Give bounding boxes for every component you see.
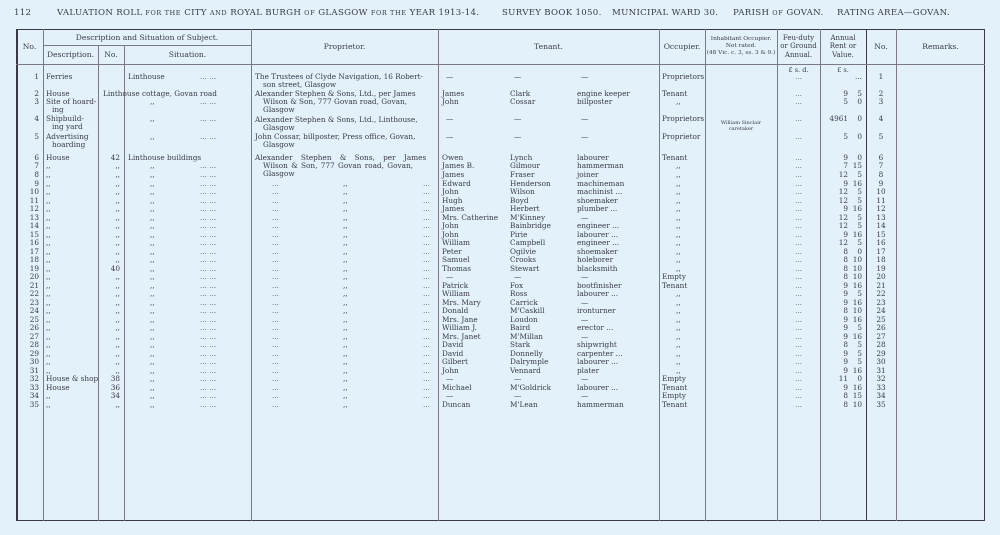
street-number: ,, <box>98 239 120 247</box>
header-bottom-rule <box>16 64 985 65</box>
description: Advertisinghoarding <box>46 133 89 149</box>
entry-number-right: 26 <box>866 324 896 332</box>
tenant-surname: Campbell <box>510 239 545 247</box>
feuduty-value: ... <box>777 324 820 332</box>
proprietor-ditto-dots: ... <box>272 307 279 315</box>
col-header-remarks: Remarks. <box>896 29 985 64</box>
street-number: ,, <box>98 256 120 264</box>
tenant-first-name: David <box>442 341 463 349</box>
occupier-status: ,, <box>676 290 681 298</box>
entry-number-right: 35 <box>866 401 896 409</box>
proprietor-ditto-mark: ,, <box>343 324 348 332</box>
street-number: ,, <box>98 171 120 179</box>
description: House & shop <box>46 375 98 383</box>
proprietor-ditto-dots: ... <box>272 188 279 196</box>
occupier-status: Proprietors <box>662 73 704 81</box>
rent-pounds: 9 <box>820 290 848 298</box>
proprietor-ditto-mark: ,, <box>343 273 348 281</box>
situation: ,, <box>150 222 155 230</box>
situation: ,, <box>150 324 155 332</box>
tenant-occupation: hammerman <box>577 401 624 409</box>
occupier-status: Tenant <box>662 401 687 409</box>
tenant-surname: Dalrymple <box>510 358 548 366</box>
occupier-status: ,, <box>676 256 681 264</box>
rent-shillings: ... <box>848 73 862 81</box>
entry-number-right: 1 <box>866 73 896 81</box>
description: ,, <box>46 358 51 366</box>
situation: ,, <box>150 375 155 383</box>
situation-leader-dots: ... ... <box>200 392 216 400</box>
col-header-feuduty: Feu-duty or Ground Annual. <box>777 29 820 64</box>
header-line: Annual <box>831 34 856 43</box>
column-rule <box>705 29 706 521</box>
proprietor-ditto-mark: ,, <box>343 188 348 196</box>
proprietor-ditto-dots: ... <box>272 256 279 264</box>
situation: ,, <box>150 205 155 213</box>
rent-pounds: 9 <box>820 205 848 213</box>
situation-leader-dots: ... ... <box>200 256 216 264</box>
entry-number-right: 4 <box>866 115 896 123</box>
situation-leader-dots: ... ... <box>200 401 216 409</box>
rent-shillings: 10 <box>848 401 862 409</box>
rent-pounds: 11 <box>820 375 848 383</box>
proprietor-ditto-mark: ,, <box>343 205 348 213</box>
entry-number: 5 <box>16 133 39 141</box>
proprietor-block-1: The Trustees of Clyde Navigation, 16 Rob… <box>255 73 423 89</box>
street-number: ,, <box>98 324 120 332</box>
parish-text: GOVAN. <box>786 8 823 18</box>
occupier-status: Tenant <box>662 154 687 162</box>
tenant-occupation: — <box>581 133 588 141</box>
tenant-occupation: ironturner <box>577 307 616 315</box>
rent-pounds: 8 <box>820 392 848 400</box>
situation-leader-dots: ... ... <box>200 324 216 332</box>
situation: ,, <box>150 171 155 179</box>
occupier-status: ,, <box>676 188 681 196</box>
feuduty-value: ... <box>777 162 820 170</box>
rent-pounds: 4961 <box>820 115 848 123</box>
occupier-status: ,, <box>676 307 681 315</box>
proprietor-line: Glasgow <box>255 124 418 132</box>
rent-pounds: 8 <box>820 401 848 409</box>
proprietor-ditto-dots: ... <box>423 188 430 196</box>
entry-number-right: 20 <box>866 273 896 281</box>
feuduty-value: ... <box>777 222 820 230</box>
proprietor-ditto-dots: ... <box>423 239 430 247</box>
tenant-first-name: Gilbert <box>442 358 468 366</box>
occupier-status: ,, <box>676 358 681 366</box>
entry-number: 35 <box>16 401 39 409</box>
rent-pounds: 12 <box>820 239 848 247</box>
rent-shillings: 5 <box>848 358 862 366</box>
rent-shillings: 5 <box>848 188 862 196</box>
proprietor-ditto-dots: ... <box>423 273 430 281</box>
street-number: ,, <box>98 222 120 230</box>
column-rule <box>438 29 439 521</box>
description: ,, <box>46 171 51 179</box>
title-text: OF <box>304 9 315 17</box>
tenant-occupation: erector ... <box>577 324 613 332</box>
entry-number: 16 <box>16 239 39 247</box>
tenant-first-name: William <box>442 290 470 298</box>
rent-pounds: 12 <box>820 222 848 230</box>
col-header-no: No. <box>16 29 43 64</box>
situation-leader-dots: ... ... <box>200 133 216 141</box>
rent-pounds: 12 <box>820 188 848 196</box>
entry-number-right: 30 <box>866 358 896 366</box>
proprietor-ditto-mark: ,, <box>343 401 348 409</box>
entry-number-right: 14 <box>866 222 896 230</box>
situation-leader-dots: ... ... <box>200 307 216 315</box>
header-line: or Ground <box>780 42 816 51</box>
proprietor-ditto-mark: ,, <box>343 375 348 383</box>
description: Ferries <box>46 73 72 81</box>
entry-number: 10 <box>16 188 39 196</box>
tenant-surname: — <box>514 392 521 400</box>
proprietor-ditto-mark: ,, <box>343 341 348 349</box>
tenant-surname: Herbert <box>510 205 540 213</box>
description: ,, <box>46 162 51 170</box>
feuduty-value: ... <box>777 73 820 81</box>
tenant-occupation: — <box>581 375 588 383</box>
parish-text: PARISH <box>733 8 769 18</box>
occupier-status: Proprietor <box>662 133 700 141</box>
tenant-first-name: Donald <box>442 307 468 315</box>
tenant-occupation: engineer ... <box>577 239 619 247</box>
occupier-status: ,, <box>676 222 681 230</box>
situation: ,, <box>150 307 155 315</box>
header-line: Inhabitant Occupier. <box>711 36 771 43</box>
title-text: GLASGOW <box>318 8 368 18</box>
tenant-first-name: — <box>446 273 453 281</box>
tenant-surname: — <box>514 273 521 281</box>
street-number: 34 <box>98 392 120 400</box>
tenant-surname: — <box>514 375 521 383</box>
proprietor-block-2: Alexander Stephen & Sons, Ltd., per Jame… <box>255 90 416 114</box>
entry-number: 34 <box>16 392 39 400</box>
municipal-ward: MUNICIPAL WARD 30. <box>612 8 718 18</box>
entry-number: 26 <box>16 324 39 332</box>
feuduty-value: ... <box>777 401 820 409</box>
tenant-occupation: joiner <box>577 171 599 179</box>
situation-leader-dots: ... ... <box>200 239 216 247</box>
col-header-proprietor: Proprietor. <box>251 29 438 64</box>
col-header-tenant: Tenant. <box>438 29 659 64</box>
occupier-status: Tenant <box>662 282 687 290</box>
entry-number: 30 <box>16 358 39 366</box>
street-number: ,, <box>98 401 120 409</box>
feuduty-value: ... <box>777 307 820 315</box>
rent-shillings: 5 <box>848 239 862 247</box>
description: ,, <box>46 239 51 247</box>
col-header-occupier: Occupier. <box>659 29 705 64</box>
rent-shillings: 15 <box>848 162 862 170</box>
situation: Linthouse <box>128 73 165 81</box>
feuduty-value: ... <box>777 341 820 349</box>
proprietor-ditto-dots: ... <box>423 222 430 230</box>
column-rule <box>659 29 660 521</box>
situation-leader-dots: ... ... <box>200 171 216 179</box>
rent-pounds: 9 <box>820 324 848 332</box>
header-line: Rent or <box>830 42 857 51</box>
street-number: ,, <box>98 341 120 349</box>
proprietor-line: Glasgow <box>255 106 416 114</box>
entry-number: 18 <box>16 256 39 264</box>
situation: ,, <box>150 98 155 106</box>
tenant-surname: Wilson <box>510 188 535 196</box>
situation: ,, <box>150 290 155 298</box>
situation-leader-dots: ... ... <box>200 222 216 230</box>
street-number: ,, <box>98 205 120 213</box>
occupier-status: Tenant <box>662 90 687 98</box>
rent-pounds: 5 <box>820 98 848 106</box>
tenant-occupation: holeborer <box>577 256 613 264</box>
street-number: 38 <box>98 375 120 383</box>
tenant-occupation: labourer ... <box>577 358 618 366</box>
header-line: Not rated. <box>726 43 756 50</box>
header-line: (48 Vic. c. 3, ss. 3 & 9.) <box>707 50 776 57</box>
situation-leader-dots: ... ... <box>200 98 216 106</box>
rent-pounds: 8 <box>820 256 848 264</box>
situation: ,, <box>150 358 155 366</box>
rent-shillings: 10 <box>848 307 862 315</box>
proprietor-ditto-dots: ... <box>272 290 279 298</box>
header-line: Value. <box>832 51 854 60</box>
feuduty-value: ... <box>777 98 820 106</box>
rent-shillings: 5 <box>848 290 862 298</box>
col-header-street-no: No. <box>98 45 124 64</box>
column-rule <box>251 29 252 521</box>
rent-shillings: 10 <box>848 273 862 281</box>
situation-leader-dots: ... ... <box>200 290 216 298</box>
rent-pounds: 7 <box>820 162 848 170</box>
situation-leader-dots: ... ... <box>200 375 216 383</box>
description: ,, <box>46 290 51 298</box>
entry-number: 1 <box>16 73 39 81</box>
tenant-surname: — <box>514 115 521 123</box>
tenant-first-name: Duncan <box>442 401 470 409</box>
col-header-description: Description. <box>43 45 98 64</box>
entry-number-right: 22 <box>866 290 896 298</box>
rent-pounds: 9 <box>820 358 848 366</box>
rent-shillings: 5 <box>848 324 862 332</box>
occupier-status: ,, <box>676 98 681 106</box>
street-number: ,, <box>98 290 120 298</box>
entry-number-right: 34 <box>866 392 896 400</box>
proprietor-ditto-dots: ... <box>423 358 430 366</box>
rent-shillings: 10 <box>848 256 862 264</box>
tenant-first-name: — <box>446 115 453 123</box>
description: ,, <box>46 188 51 196</box>
tenant-surname: Baird <box>510 324 530 332</box>
proprietor-ditto-mark: ,, <box>343 256 348 264</box>
situation: ,, <box>150 162 155 170</box>
occupier-status: ,, <box>676 324 681 332</box>
tenant-occupation: labourer ... <box>577 290 618 298</box>
rent-shillings: 0 <box>848 375 862 383</box>
situation: ,, <box>150 188 155 196</box>
description: Site of hoard-ing <box>46 98 96 114</box>
proprietor-ditto-dots: ... <box>272 375 279 383</box>
situation: ,, <box>150 239 155 247</box>
street-number: ,, <box>98 358 120 366</box>
header-line: Annual. <box>785 51 812 60</box>
parish: PARISH OF GOVAN. <box>733 8 823 18</box>
proprietor-ditto-dots: ... <box>272 401 279 409</box>
proprietor-ditto-dots: ... <box>272 273 279 281</box>
situation-leader-dots: ... ... <box>200 358 216 366</box>
entry-number-right: 32 <box>866 375 896 383</box>
rent-pounds: 5 <box>820 133 848 141</box>
proprietor-block-3: Alexander Stephen & Sons, Ltd., Linthous… <box>255 116 418 132</box>
description: ,, <box>46 307 51 315</box>
proprietor-ditto-dots: ... <box>272 239 279 247</box>
entry-number-right: 28 <box>866 341 896 349</box>
proprietor-ditto-mark: ,, <box>343 307 348 315</box>
tenant-occupation: hammerman <box>577 162 624 170</box>
tenant-first-name: — <box>446 392 453 400</box>
proprietor-ditto-dots: ... <box>423 324 430 332</box>
feuduty-value: ... <box>777 392 820 400</box>
feuduty-value: ... <box>777 115 820 123</box>
entry-number-right: 24 <box>866 307 896 315</box>
situation-leader-dots: ... ... <box>200 115 216 123</box>
occupier-status: ,, <box>676 162 681 170</box>
feuduty-value: ... <box>777 290 820 298</box>
occupier-status: Empty <box>662 273 686 281</box>
column-rule <box>896 29 897 521</box>
tenant-first-name: — <box>446 73 453 81</box>
rent-pounds: 8 <box>820 307 848 315</box>
entry-number-right: 12 <box>866 205 896 213</box>
proprietor-block-4: John Cossar, billposter, Press office, G… <box>255 133 415 149</box>
column-rule <box>43 29 44 521</box>
occupier-status: Empty <box>662 375 686 383</box>
col-header-annual-rent: Annual Rent or Value. <box>820 29 866 64</box>
tenant-occupation: — <box>581 392 588 400</box>
proprietor-ditto-mark: ,, <box>343 222 348 230</box>
situation-leader-dots: ... ... <box>200 73 216 81</box>
tenant-occupation: shipwright <box>577 341 617 349</box>
entry-number-right: 16 <box>866 239 896 247</box>
occupier-status: ,, <box>676 239 681 247</box>
proprietor-ditto-dots: ... <box>272 392 279 400</box>
feuduty-value: ... <box>777 358 820 366</box>
tenant-first-name: William <box>442 239 470 247</box>
tenant-occupation: — <box>581 115 588 123</box>
situation: ,, <box>150 256 155 264</box>
situation-leader-dots: ... ... <box>200 273 216 281</box>
feuduty-value: ... <box>777 188 820 196</box>
proprietor-ditto-mark: ,, <box>343 239 348 247</box>
occupier-status: Proprietors <box>662 115 704 123</box>
description: ,, <box>46 273 51 281</box>
description: ,, <box>46 341 51 349</box>
situation: ,, <box>150 115 155 123</box>
tenant-first-name: James B. <box>442 162 474 170</box>
tenant-occupation: engineer ... <box>577 222 619 230</box>
title-text: ROYAL BURGH <box>230 8 301 18</box>
rent-shillings: 15 <box>848 392 862 400</box>
situation: ,, <box>150 341 155 349</box>
street-number: ,, <box>98 188 120 196</box>
description: ,, <box>46 324 51 332</box>
feuduty-value: ... <box>777 256 820 264</box>
situation-leader-dots: ... ... <box>200 188 216 196</box>
rent-shillings: 0 <box>848 98 862 106</box>
proprietor-ditto-dots: ... <box>272 222 279 230</box>
title-text: CITY <box>184 8 207 18</box>
occupier-status: ,, <box>676 341 681 349</box>
proprietor-ditto-dots: ... <box>423 375 430 383</box>
tenant-first-name: Samuel <box>442 256 470 264</box>
description: ,, <box>46 205 51 213</box>
entry-number: 28 <box>16 341 39 349</box>
rating-area: RATING AREA—GOVAN. <box>837 8 950 18</box>
rent-shillings: 5 <box>848 171 862 179</box>
tenant-first-name: John <box>442 98 459 106</box>
situation-leader-dots: ... ... <box>200 162 216 170</box>
feuduty-value: ... <box>777 133 820 141</box>
tenant-surname: Stark <box>510 341 530 349</box>
col-header-inhabitant: Inhabitant Occupier. Not rated. (48 Vic.… <box>705 29 777 64</box>
title-text: YEAR 1913-14. <box>410 8 480 18</box>
title-text: FOR THE <box>371 9 407 17</box>
proprietor-ditto-dots: ... <box>423 256 430 264</box>
roll-title: VALUATION ROLL FOR THE CITY AND ROYAL BU… <box>57 8 479 18</box>
feuduty-value: ... <box>777 375 820 383</box>
tenant-first-name: — <box>446 375 453 383</box>
feuduty-value: ... <box>777 239 820 247</box>
entry-number: 14 <box>16 222 39 230</box>
tenant-occupation: — <box>581 273 588 281</box>
tenant-occupation: machinist ... <box>577 188 622 196</box>
street-number: ,, <box>98 273 120 281</box>
tenant-surname: Crooks <box>510 256 536 264</box>
proprietor-ditto-dots: ... <box>272 205 279 213</box>
occupier-status: Empty <box>662 392 686 400</box>
proprietor-block-5: Alexander Stephen & Sons, per James Wils… <box>255 154 426 178</box>
situation: ,, <box>150 273 155 281</box>
tenant-surname: Fraser <box>510 171 534 179</box>
rent-shillings: 16 <box>848 205 862 213</box>
entry-number: 20 <box>16 273 39 281</box>
entry-number: 8 <box>16 171 39 179</box>
proprietor-ditto-dots: ... <box>423 401 430 409</box>
rent-shillings: 5 <box>848 222 862 230</box>
occupier-status: ,, <box>676 205 681 213</box>
rent-shillings: 0 <box>848 133 862 141</box>
feuduty-value: ... <box>777 273 820 281</box>
proprietor-ditto-dots: ... <box>423 307 430 315</box>
situation: ,, <box>150 401 155 409</box>
title-text: AND <box>210 9 227 17</box>
description: ,, <box>46 401 51 409</box>
tenant-occupation: plumber ... <box>577 205 617 213</box>
tenant-surname: M'Caskill <box>510 307 545 315</box>
entry-number: 32 <box>16 375 39 383</box>
description: ,, <box>46 256 51 264</box>
column-rule <box>124 45 125 521</box>
tenant-surname: Cossar <box>510 98 535 106</box>
situation-leader-dots: ... ... <box>200 205 216 213</box>
situation: Linthouse buildings <box>128 154 201 162</box>
col-header-no-right: No. <box>866 29 896 64</box>
tenant-surname: — <box>514 133 521 141</box>
entry-number: 7 <box>16 162 39 170</box>
rent-shillings: 5 <box>848 341 862 349</box>
proprietor-ditto-dots: ... <box>423 341 430 349</box>
